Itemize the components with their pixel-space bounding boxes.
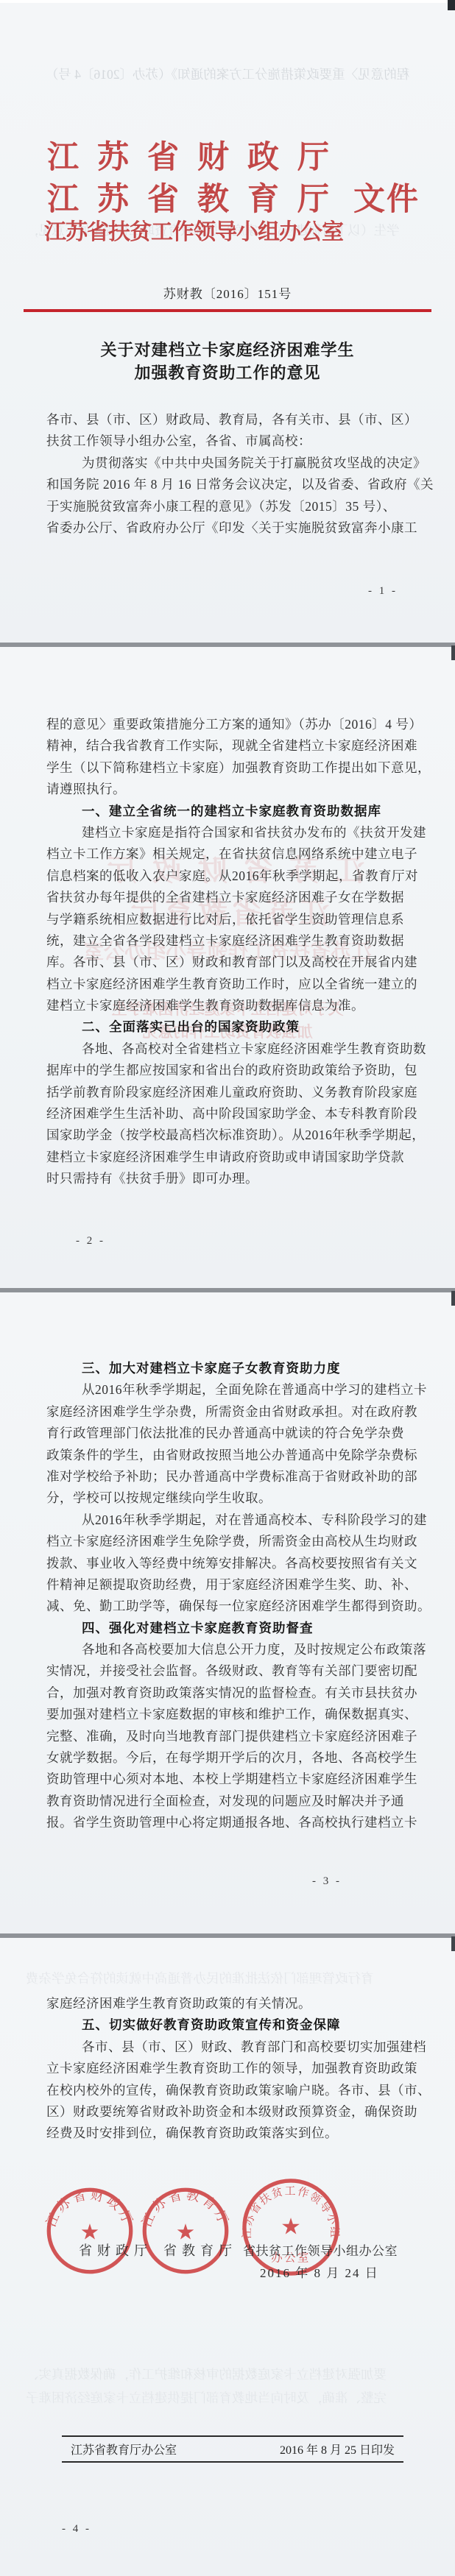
page-gap xyxy=(0,1288,455,1292)
page-4: 育行政管理部门依法批准的民办普通高中就读的符合免学杂费 要加强对建档立卡家庭数据… xyxy=(0,1938,455,2576)
scan-edge-mark xyxy=(451,645,455,660)
signature-date: 2016 年 8 月 24 日 xyxy=(260,2262,379,2281)
text-line: 女就学数据。今后，在每学期开学后的次月，各地、各高校学生 xyxy=(46,1747,413,1769)
text-line: 档立卡家庭经济困难学生教育资助工作时，应以全省统一建立的 xyxy=(46,974,413,995)
seal-graphic: 江苏省财政厅 ★ xyxy=(45,2186,135,2276)
text-line: 四、强化对建档立卡家庭教育资助督查 xyxy=(46,1618,413,1639)
page-2: 江苏省财政厅 江苏省教育厅 江苏省扶贫工作领导小组办公室 关于对建档立卡家庭经济… xyxy=(0,647,455,1288)
print-footer: 江苏省教育厅办公室 2016 年 8 月 25 日印发 xyxy=(62,2435,403,2463)
text-line: 从2016年秋季学期起，对在普通高校本、专科阶段学习的建 xyxy=(46,1510,413,1531)
page-1-body: 各市、县（市、区）财政局、教育局，各有关市、县（市、区）扶贫工作领导小组办公室，… xyxy=(46,409,413,539)
text-line: 育行政管理部门依法批准的民办普通高中就读的符合免学杂费 xyxy=(46,1423,413,1444)
scan-edge-mark xyxy=(451,1936,455,1951)
text-line: 减、免、勤工助学等，确保每一位家庭经济困难学生都得到资助。 xyxy=(46,1596,413,1617)
text-line: 时只需持有《扶贫手册》即可办理。 xyxy=(46,1168,413,1189)
text-line: 家庭经济困难学生教育资助政策的有关情况。 xyxy=(46,1993,413,2014)
text-line: 学生（以下简称建档立卡家庭）加强教育资助工作提出如下意见， xyxy=(46,757,413,779)
text-line: 立卡家庭经济困难学生教育资助工作的领导，加强教育资助政策 xyxy=(46,2058,413,2079)
print-date: 2016 年 8 月 25 日印发 xyxy=(280,2441,395,2458)
text-line: 建档立卡家庭经济困难学生申请政府资助或申请国家助学贷款 xyxy=(46,1147,413,1168)
text-line: 和国务院 2016 年 8 月 16 日常务会议决定，以及省委、省政府《关 xyxy=(46,474,413,495)
text-line: 件精神足额提取资助经费，用于家庭经济困难学生奖、助、补、 xyxy=(46,1574,413,1596)
text-line: 五、切实做好教育资助政策宣传和资金保障 xyxy=(46,2014,413,2036)
page-1: 程的意见〉重要政策措施分工方案的通知》（苏办〔2016〕4 号） 学生（以下简称… xyxy=(0,3,455,643)
text-line: 各地和各高校要加大信息公开力度，及时按规定公布政策落 xyxy=(46,1639,413,1660)
text-line: 二、全面落实已出台的国家资助政策 xyxy=(46,1016,413,1038)
text-line: 三、加大对建档立卡家庭子女教育资助力度 xyxy=(46,1358,413,1379)
text-line: 与学籍系统相应数据进行比对后，依托省学生资助管理信息系 xyxy=(46,909,413,930)
issuing-office: 江苏省教育厅办公室 xyxy=(71,2441,177,2458)
text-line: 准对学校给予补助；民办普通高中学费标准高于省财政补助的部 xyxy=(46,1466,413,1487)
signatory-poverty-office: 省扶贫工作领导小组办公室 xyxy=(243,2240,398,2259)
text-line: 建档立卡家庭是指符合国家和省扶贫办发布的《扶贫开发建 xyxy=(46,822,413,843)
document-number: 苏财教〔2016〕151号 xyxy=(0,283,455,302)
text-line: 在校内校外的宣传，确保教育资助政策家喻户晓。各市、县（市、 xyxy=(46,2080,413,2101)
text-line: 据库中的学生都应按国家和省出台的政府资助政策给予资助，包 xyxy=(46,1060,413,1081)
document-title: 关于对建档立卡家庭经济困难学生 加强教育资助工作的意见 xyxy=(0,339,455,384)
text-line: 经费及时安排到位，确保教育资助政策落实到位。 xyxy=(46,2123,413,2144)
text-line: 于实施脱贫致富奔小康工程的意见》（苏发〔2015〕35 号）、 xyxy=(46,496,413,517)
text-line: 统，建立全省各学段建档立卡家庭经济困难学生教育资助数据 xyxy=(46,930,413,952)
document-title-line-2: 加强教育资助工作的意见 xyxy=(0,361,455,384)
page-number: - 2 - xyxy=(76,1235,105,1248)
text-line: 完整、准确，及时向当地教育部门提供建档立卡家庭经济困难子 xyxy=(46,1726,413,1747)
scan-corner-mark xyxy=(448,0,455,10)
bleed-through-text: 程的意见〉重要政策措施分工方案的通知》（苏办〔2016〕4 号） xyxy=(26,65,429,83)
text-line: 为贯彻落实《中共中央国务院关于打赢脱贫攻坚战的决定》 xyxy=(46,453,413,474)
text-line: 各市、县（市、区）财政、教育部门和高校要切实加强建档 xyxy=(46,2037,413,2058)
text-line: 国家助学金（按学校最高档次标准资助）。从2016年秋季学期起， xyxy=(46,1125,413,1146)
text-line: 一、建立全省统一的建档立卡家庭教育资助数据库 xyxy=(46,801,413,822)
finance-department-seal: 江苏省财政厅 ★ xyxy=(45,2186,135,2276)
page-gap xyxy=(0,643,455,647)
page-number: - 3 - xyxy=(312,1875,342,1888)
text-line: 政策条件的学生，由省财政按照当地公办普通高中免除学杂费标 xyxy=(46,1445,413,1466)
letterhead-divider-rule xyxy=(24,309,431,312)
letterhead-agency-finance: 江苏省财政厅 xyxy=(47,132,348,177)
page-3-body: 三、加大对建档立卡家庭子女教育资助力度从2016年秋季学期起，全面免除在普通高中… xyxy=(46,1358,413,1834)
text-line: 程的意见〉重要政策措施分工方案的通知》（苏办〔2016〕4 号） xyxy=(46,714,413,735)
page-4-body: 家庭经济困难学生教育资助政策的有关情况。五、切实做好教育资助政策宣传和资金保障各… xyxy=(46,1993,413,2145)
text-line: 各地、各高校对全省建档立卡家庭经济困难学生教育资助数 xyxy=(46,1038,413,1060)
letterhead-agency-poverty-office: 江苏省扶贫工作领导小组办公室 xyxy=(44,213,343,246)
letterhead-agency-education: 江苏省教育厅 文件 xyxy=(47,174,420,219)
page-3: 三、加大对建档立卡家庭子女教育资助力度从2016年秋季学期起，全面免除在普通高中… xyxy=(0,1292,455,1933)
text-line: 资助管理中心须对本地、本校上学期建档立卡家庭经济困难学生 xyxy=(46,1769,413,1790)
page-gap xyxy=(0,1933,455,1938)
text-line: 实情况，并接受社会监督。各级财政、教育等有关部门要密切配 xyxy=(46,1660,413,1682)
text-line: 家庭经济困难学生学杂费，所需资金由省财政承担。对在政府教 xyxy=(46,1401,413,1423)
document-title-line-1: 关于对建档立卡家庭经济困难学生 xyxy=(0,339,455,361)
bleed-through-text: 完整、准确，及时向当地教育部门提供建档立卡家庭经济困难子 xyxy=(26,2388,429,2407)
text-line: 拨款、事业收入等经费中统筹安排解决。各高校要按照省有关文 xyxy=(46,1553,413,1574)
text-line: 要加强对建档立卡家庭数据的审核和维护工作，确保数据真实、 xyxy=(46,1704,413,1725)
text-line: 省扶贫办每年提供的全省建档立卡家庭经济困难子女在学数据 xyxy=(46,887,413,908)
text-line: 扶贫工作领导小组办公室，各省、市属高校： xyxy=(46,431,413,452)
text-line: 合，加强对教育资助政策落实情况的监督检查。有关市县扶贫办 xyxy=(46,1682,413,1704)
scanned-document-viewer: { "colors": { "header_red": "#c24747", "… xyxy=(0,0,455,2576)
text-line: 库。各市、县（市、区）财政和教育部门以及高校在开展省内建 xyxy=(46,952,413,973)
seal-graphic: 江苏省教育厅 ★ xyxy=(141,2186,230,2276)
text-line: 各市、县（市、区）财政局、教育局，各有关市、县（市、区） xyxy=(46,409,413,431)
star-icon: ★ xyxy=(281,2214,301,2240)
text-line: 档立卡工作方案》相关规定，在省扶贫信息网络系统中建立电子 xyxy=(46,843,413,865)
letterhead-agency-education-name: 江苏省教育厅 xyxy=(47,174,348,219)
bleed-through-text: 育行政管理部门依法批准的民办普通高中就读的符合免学杂费 xyxy=(26,1969,429,1987)
signatory-education: 省教育厅 xyxy=(163,2240,237,2260)
text-line: 建档立卡家庭经济困难学生教育资助数据库信息为准。 xyxy=(46,995,413,1016)
text-line: 区）财政要统筹省财政补助资金和本级财政预算资金，确保资助 xyxy=(46,2101,413,2123)
text-line: 括学前教育阶段家庭经济困难儿童政府资助、义务教育阶段家庭 xyxy=(46,1082,413,1103)
page-number: - 1 - xyxy=(368,585,398,598)
signatory-finance: 省财政厅 xyxy=(79,2240,152,2260)
text-line: 档立卡家庭经济困难学生免除学费，所需资金由高校从生均财政 xyxy=(46,1531,413,1552)
page-number: - 4 - xyxy=(62,2523,91,2536)
text-line: 精神，结合我省教育工作实际，现就全省建档立卡家庭经济困难 xyxy=(46,735,413,757)
page-2-body: 程的意见〉重要政策措施分工方案的通知》（苏办〔2016〕4 号）精神，结合我省教… xyxy=(46,714,413,1190)
education-department-seal: 江苏省教育厅 ★ xyxy=(141,2186,230,2276)
scan-edge-mark xyxy=(451,1291,455,1306)
text-line: 分，学校可以按规定继续向学生收取。 xyxy=(46,1487,413,1509)
text-line: 报。省学生资助管理中心将定期通报各地、各高校执行建档立卡 xyxy=(46,1812,413,1833)
text-line: 从2016年秋季学期起，全面免除在普通高中学习的建档立卡 xyxy=(46,1379,413,1401)
text-line: 省委办公厅、省政府办公厅《印发〈关于实施脱贫致富奔小康工 xyxy=(46,517,413,539)
text-line: 经济困难学生生活补助、高中阶段国家助学金、本专科教育阶段 xyxy=(46,1103,413,1125)
text-line: 请遵照执行。 xyxy=(46,779,413,800)
text-line: 教育资助情况进行全面检查，对发现的问题应及时解决并予通 xyxy=(46,1791,413,1812)
bleed-through-text: 要加强对建档立卡家庭数据的审核和维护工作，确保数据真实、 xyxy=(26,2365,429,2383)
letterhead-document-suffix: 文件 xyxy=(353,174,420,219)
text-line: 信息档案的低收入农户家庭。从2016年秋季学期起，省教育厅对 xyxy=(46,866,413,887)
